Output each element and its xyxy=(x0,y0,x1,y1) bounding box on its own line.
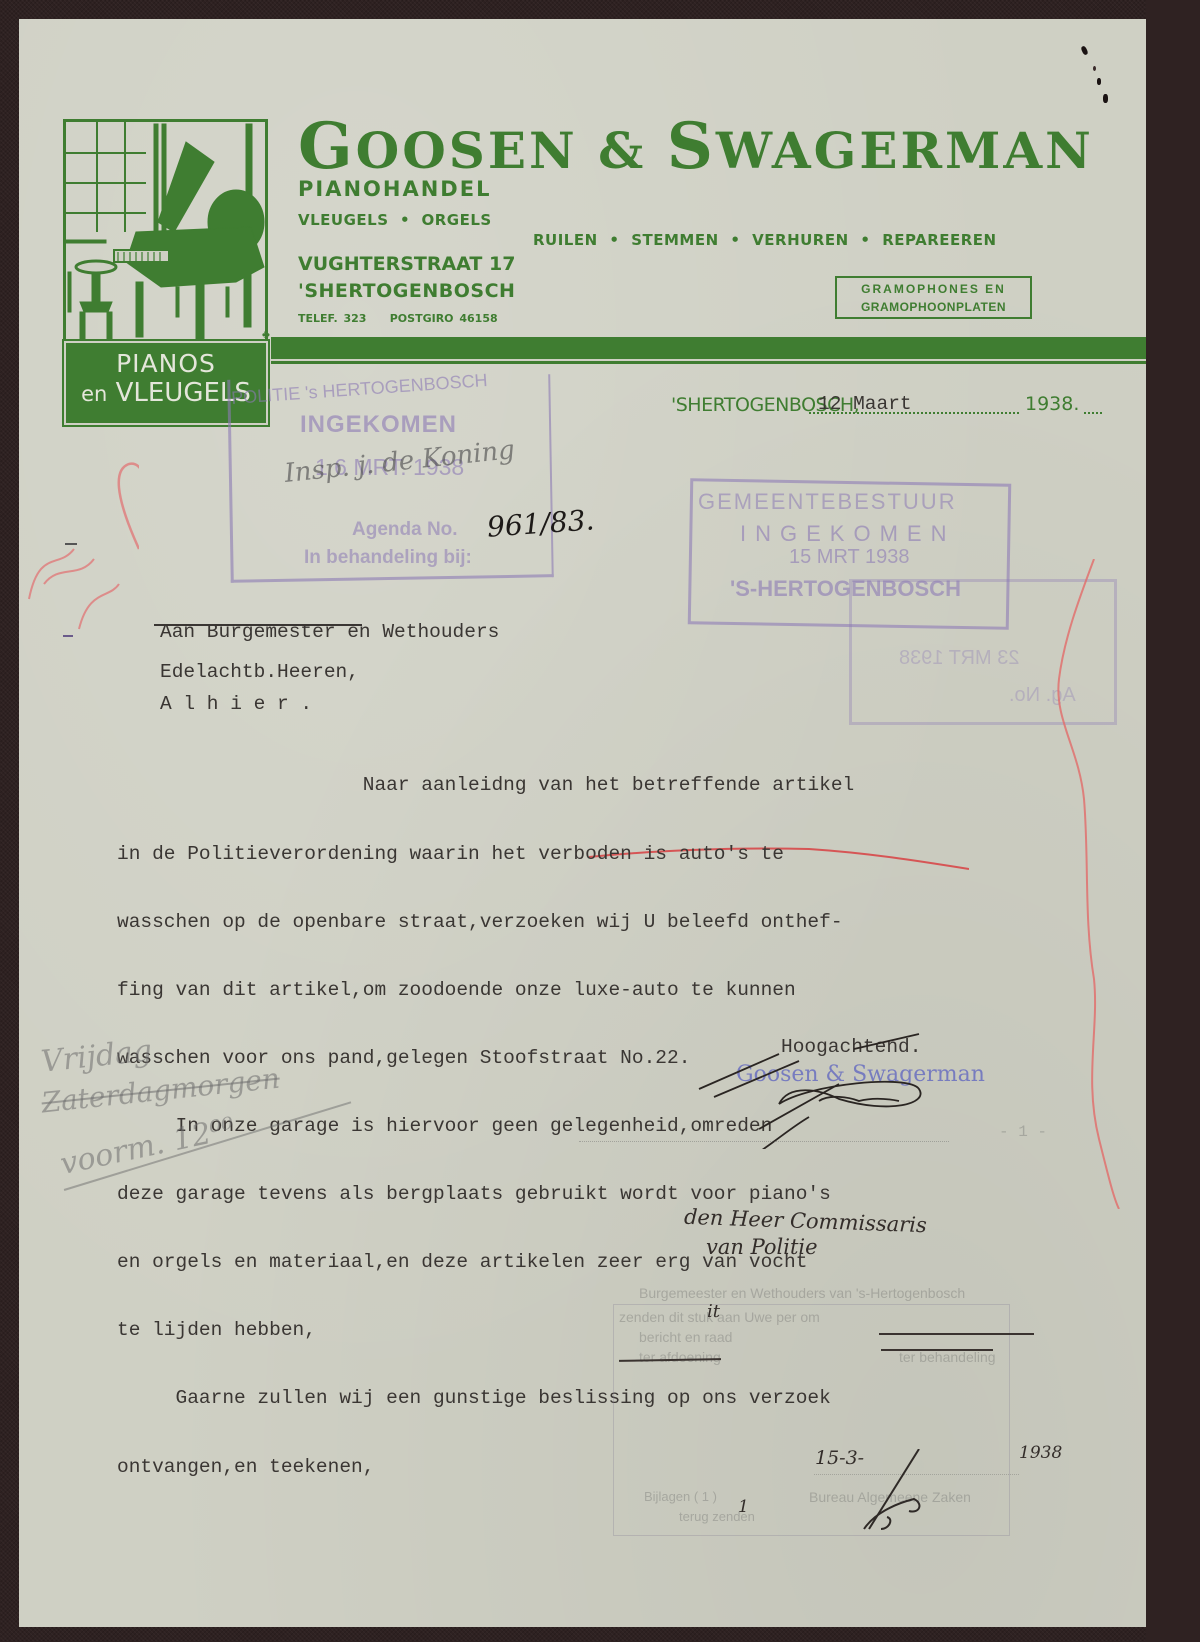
letterhead-green-band xyxy=(271,337,1146,361)
routing-recipient-line2: van Politie xyxy=(706,1235,818,1259)
routing-initials xyxy=(859,1449,939,1539)
recipient-line2: A l h i e r . xyxy=(160,692,499,716)
gemeente-stamp-ingekomen: INGEKOMEN xyxy=(740,521,955,547)
city-address: 'SHERTOGENBOSCH xyxy=(298,280,515,302)
routing-terug-zenden: terug zenden xyxy=(679,1509,755,1524)
red-pencil-annotation xyxy=(19,449,139,649)
svg-text:♣: ♣ xyxy=(262,327,270,341)
routing-year-handwritten: 1938 xyxy=(1019,1443,1062,1463)
routing-handwritten-it: it xyxy=(707,1301,720,1322)
recipient-underline xyxy=(154,624,362,626)
dateline-dots-2 xyxy=(1084,412,1102,414)
street-address: VUGHTERSTRAAT 17 xyxy=(298,253,515,275)
gemeente-stamp-line1: GEMEENTEBESTUUR xyxy=(698,489,957,515)
body-line: deze garage tevens als bergplaats gebrui… xyxy=(117,1183,854,1206)
body-line: Naar aanleidng van het betreffende artik… xyxy=(117,774,854,797)
trade-label: PIANOHANDEL xyxy=(298,177,491,201)
gemeente-stamp-date: 15 MRT 1938 xyxy=(789,546,909,569)
date-year: 1938. xyxy=(1025,393,1079,415)
grand-piano-icon: ♣ xyxy=(66,122,271,342)
politie-stamp-ingekomen: INGEKOMEN xyxy=(300,411,457,439)
firm-name: GOOSEN & SWAGERMAN xyxy=(298,109,1094,184)
contact-numbers: TELEF. 323 POSTGIRO 46158 xyxy=(298,312,498,325)
signature xyxy=(679,1029,959,1149)
faint-reverse-typing: - 1 - xyxy=(999,1123,1047,1141)
products-label: VLEUGELS • ORGELS xyxy=(298,211,492,229)
routing-stamp-line3: bericht en raad xyxy=(639,1329,732,1345)
body-line: fing van dit artikel,om zoodoende onze l… xyxy=(117,979,854,1002)
gramophones-box: GRAMOPHONES EN GRAMOPHOONPLATEN xyxy=(835,276,1032,319)
red-pencil-line xyxy=(1039,559,1146,1209)
margin-tick-1 xyxy=(65,543,77,545)
piano-illustration: ♣ xyxy=(63,119,268,339)
date-day-month: 12 Maart xyxy=(818,393,912,415)
routing-pen-strike-2 xyxy=(879,1333,1034,1335)
faint-dotted-line xyxy=(579,1141,949,1142)
handwritten-reference-number: 961/83. xyxy=(486,503,595,543)
bleedthrough-stamp-date: 23 MRT 1938 xyxy=(899,647,1019,670)
body-line: wasschen op de openbare straat,verzoeken… xyxy=(117,911,854,934)
routing-bijlagen: Bijlagen ( 1 ) xyxy=(644,1489,717,1504)
salutation: Edelachtb.Heeren, xyxy=(160,661,359,683)
routing-date-handwritten: 15-3- xyxy=(815,1447,864,1469)
body-line: in de Politieverordening waarin het verb… xyxy=(117,843,854,866)
services-label: RUILEN • STEMMEN • VERHUREN • REPAREEREN xyxy=(533,231,997,249)
routing-stamp-line4: ter afdoening xyxy=(639,1349,721,1365)
letter-sheet: ♣ PIANOS en VLEUGELS GOOSEN & SWAGERMAN … xyxy=(19,19,1146,1627)
routing-stamp-line5: ter behandeling xyxy=(899,1349,996,1365)
routing-pen-strike-3 xyxy=(881,1349,993,1351)
margin-tick-2 xyxy=(63,635,73,637)
politie-stamp-agenda: Agenda No. xyxy=(352,519,458,541)
routing-stamp-line1: Burgemeester en Wethouders van 's-Hertog… xyxy=(639,1285,965,1301)
punch-marks xyxy=(1079,44,1109,114)
politie-stamp-behandeling: In behandeling bij: xyxy=(304,547,472,569)
